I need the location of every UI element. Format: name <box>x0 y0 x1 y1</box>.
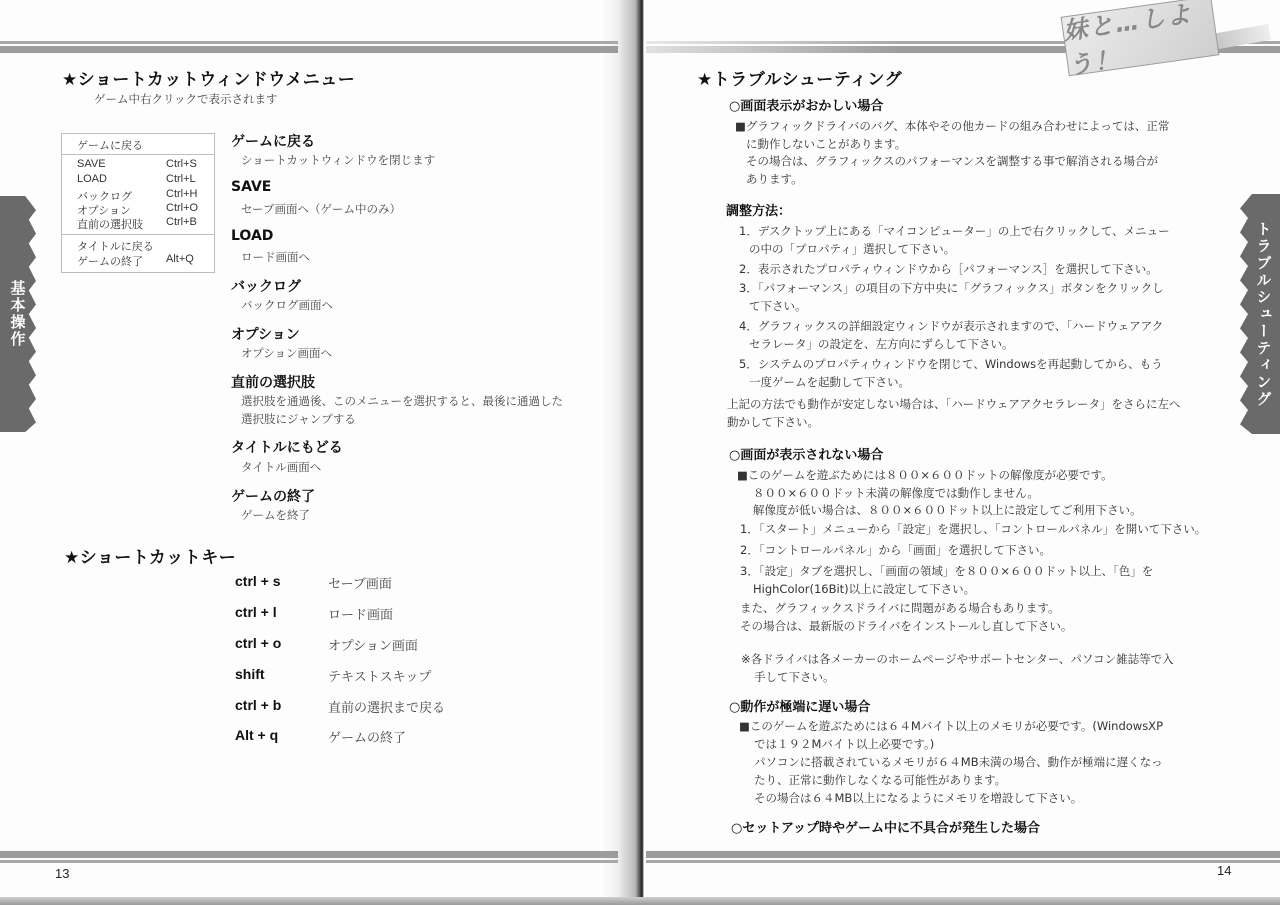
desc-title-backlog: バックログ <box>231 276 301 296</box>
menu-item-prev-choice: 直前の選択肢 Ctrl+B <box>77 216 206 231</box>
adjust-step: 5．システムのプロパティウィンドウを閉じて、Windowsを再起動してから、もう <box>739 355 1163 374</box>
adjust-step: 3．「パフォーマンス」の項目の下方中央に「グラフィックス」ボタンをクリックし <box>739 279 1164 298</box>
section-setup-issue-heading: ○セットアップ時やゲーム中に不具合が発生した場合 <box>731 817 1040 836</box>
shortcut-keys-title: ★ショートカットキー <box>64 543 236 568</box>
menu-item-backlog: バックログ Ctrl+H <box>77 188 206 203</box>
header-rule-thick-left <box>0 46 618 53</box>
page-number-right: 14 <box>1217 863 1231 878</box>
desc-title-return-game: ゲームに戻る <box>231 131 315 151</box>
desc-title-prev-choice: 直前の選択肢 <box>231 372 315 392</box>
desc-text-prev-choice-2: 選択肢にジャンプする <box>241 410 591 429</box>
desc-title-quit: ゲームの終了 <box>231 486 315 506</box>
adjust-step: て下さい。 <box>749 297 807 316</box>
section-slow-heading: ○動作が極端に遅い場合 <box>729 696 870 715</box>
adjust-step: セラレータ」の設定を、左方向にずらして下さい。 <box>749 335 1014 354</box>
footer-rule-thin-right <box>646 860 1280 863</box>
no-display-step: 2．「コントロールパネル」から「画面」を選択して下さい。 <box>740 541 1051 560</box>
header-rule-thin-left <box>0 41 618 44</box>
adjust-step: 一度ゲームを起動して下さい。 <box>749 373 910 392</box>
desc-text-option: オプション画面へ <box>241 344 591 363</box>
book-spine <box>600 0 644 905</box>
adjust-method-label: 調整方法： <box>726 200 791 219</box>
menu-item-option: オプション Ctrl+O <box>77 202 206 217</box>
section-no-display-heading: ○画面が表示されない場合 <box>729 444 883 463</box>
page-bottom-edge <box>0 897 1280 905</box>
no-display-line: 解像度が低い場合は、８００×６００ドット以上に設定してご利用下さい。 <box>753 501 1142 520</box>
key-action-load: ロード画面 <box>328 604 393 623</box>
key-ctrl-s: ctrl + s <box>235 573 281 589</box>
desc-title-save: SAVE <box>231 179 271 195</box>
menu-item-return-game: ゲームに戻る <box>77 137 206 152</box>
no-display-after: その場合は、最新版のドライバをインストールし直して下さい。 <box>740 617 1072 636</box>
adjust-step: 4．グラフィックスの詳細設定ウィンドウが表示されますので、「ハードウェアアク <box>739 317 1163 336</box>
shortcut-menu-illustration: ゲームに戻る SAVE Ctrl+S LOAD Ctrl+L バックログ Ctr… <box>61 133 215 273</box>
menu-separator <box>62 154 214 155</box>
slow-line: たり、正常に動作しなくなる可能性があります。 <box>754 771 1006 790</box>
adjust-step: の中の「プロパティ」選択して下さい。 <box>749 240 955 259</box>
key-action-save: セーブ画面 <box>328 573 392 592</box>
key-ctrl-b: ctrl + b <box>235 697 281 713</box>
key-action-skip: テキストスキップ <box>328 666 431 685</box>
key-ctrl-l: ctrl + l <box>235 604 277 620</box>
display-issue-line: その場合は、グラフィックスのパフォーマンスを調整する事で解消される場合が <box>746 152 1158 171</box>
desc-text-load: ロード画面へ <box>241 248 591 267</box>
menu-item-quit: ゲームの終了 Alt+Q <box>77 253 206 268</box>
menu-separator <box>62 234 214 235</box>
slow-line: では１９２Mバイト以上必要です。) <box>754 735 934 754</box>
desc-title-load: LOAD <box>231 228 273 244</box>
footer-rule-thick-right <box>646 851 1280 858</box>
adjust-step: 2．表示されたプロパティウィンドウから［パフォーマンス］を選択して下さい。 <box>739 260 1158 279</box>
menu-item-load: LOAD Ctrl+L <box>77 173 206 188</box>
menu-item-save: SAVE Ctrl+S <box>77 158 206 173</box>
footer-rule-thick-left <box>0 851 618 858</box>
display-issue-footer: 上記の方法でも動作が安定しない場合は、「ハードウェアアクセラレータ」をさらに左へ <box>727 395 1180 414</box>
no-display-after: また、グラフィックスドライバに問題がある場合もあります。 <box>740 599 1059 618</box>
driver-note: 手して下さい。 <box>754 668 835 687</box>
key-action-quit: ゲームの終了 <box>328 727 406 746</box>
display-issue-footer: 動かして下さい。 <box>727 413 819 432</box>
slow-line: パソコンに搭載されているメモリが６４MB未満の場合、動作が極端に遅くなっ <box>754 753 1163 772</box>
desc-title-option: オプション <box>231 324 300 344</box>
desc-text-save: セーブ画面へ（ゲーム中のみ） <box>241 200 591 219</box>
desc-text-quit: ゲームを終了 <box>241 506 591 525</box>
no-display-step: HighColor(16Bit)以上に設定して下さい。 <box>753 580 975 599</box>
section-display-issue-heading: ○画面表示がおかしい場合 <box>729 95 883 114</box>
no-display-line: ■このゲームを遊ぶためには８００×６００ドットの解像度が必要です。 <box>737 466 1113 485</box>
desc-text-title: タイトル画面へ <box>241 458 591 477</box>
page-number-left: 13 <box>55 866 69 881</box>
display-issue-line: ■グラフィックドライバのバグ、本体やその他カードの組み合わせによっては、正常 <box>735 117 1169 136</box>
desc-text-return-game: ショートカットウィンドウを閉じます <box>241 151 591 170</box>
adjust-step: 1．デスクトップ上にある「マイコンピューター」の上で右クリックして、メニュー <box>739 222 1170 241</box>
display-issue-line: あります。 <box>746 170 803 189</box>
troubleshooting-title: ★トラブルシューティング <box>697 65 902 90</box>
shortcut-menu-title: ★ショートカットウィンドウメニュー <box>62 65 355 90</box>
key-shift: shift <box>235 666 265 682</box>
no-display-step: 1．「スタート」メニューから「設定」を選択し、「コントロールパネル」を開いて下さ… <box>740 520 1206 539</box>
menu-item-title: タイトルに戻る <box>77 238 206 253</box>
desc-text-prev-choice: 選択肢を通過後、このメニューを選択すると、最後に通過した <box>241 392 591 411</box>
key-action-option: オプション画面 <box>328 635 418 654</box>
key-alt-q: Alt + q <box>235 727 278 743</box>
key-ctrl-o: ctrl + o <box>235 635 281 651</box>
key-action-prev-choice: 直前の選択まで戻る <box>328 697 445 716</box>
slow-line: ■このゲームを遊ぶためには６４Mバイト以上のメモリが必要です。(WindowsX… <box>739 717 1163 736</box>
slow-line: その場合は６４MB以上になるようにメモリを増設して下さい。 <box>754 789 1082 808</box>
no-display-step: 3．「設定」タブを選択し、「画面の領域」を８００×６００ドット以上、「色」を <box>740 562 1153 581</box>
desc-title-title: タイトルにもどる <box>231 437 343 457</box>
desc-text-backlog: バックログ画面へ <box>241 296 591 315</box>
footer-rule-thin-left <box>0 860 618 863</box>
driver-note: ※各ドライバは各メーカーのホームページやサポートセンター、パソコン雑誌等で入 <box>741 650 1174 669</box>
shortcut-menu-subtitle: ゲーム中右クリックで表示されます <box>94 91 278 107</box>
